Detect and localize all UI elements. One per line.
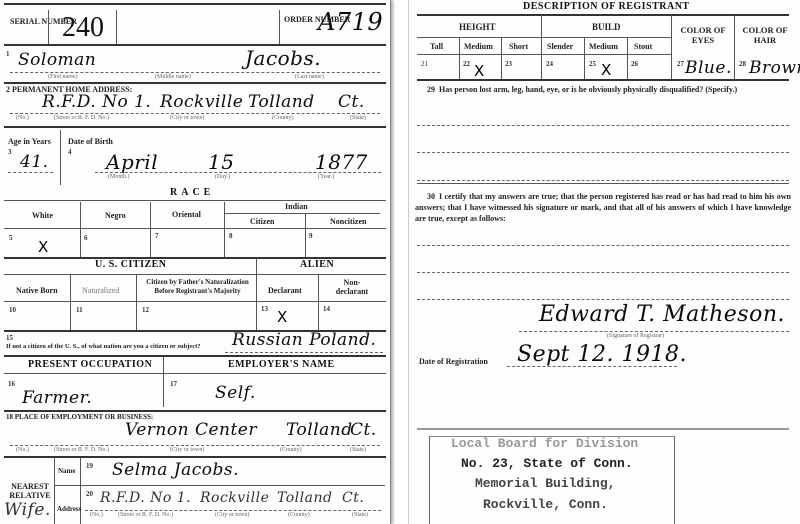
caption: (City or town) xyxy=(170,447,204,453)
alien-column-non-declarant: Non-declarant xyxy=(332,278,372,296)
field-number: 27 xyxy=(677,60,684,68)
stamp-line: No. 23, State of Conn. xyxy=(461,456,633,471)
field-number: 23 xyxy=(505,60,512,68)
employment-city-value: Vernon Center xyxy=(125,420,257,440)
registration-card-back: DESCRIPTION OF REGISTRANT HEIGHT Tall Me… xyxy=(408,0,800,524)
build-column-slender: Slender xyxy=(547,42,573,51)
divider xyxy=(459,38,460,79)
race-column-oriental: Oriental xyxy=(172,210,201,219)
divider xyxy=(4,456,386,458)
caption: (Year.) xyxy=(318,174,334,180)
dotted-line xyxy=(85,510,381,511)
divider xyxy=(584,38,585,79)
divider xyxy=(80,458,81,524)
alien-declarant-check-mark: X xyxy=(277,308,287,326)
divider xyxy=(163,357,164,407)
caption: (State) xyxy=(350,115,366,121)
relative-street-value: R.F.D. No 1. xyxy=(100,490,191,506)
serial-number-value: 240 xyxy=(62,12,104,44)
divider xyxy=(80,202,81,257)
relation-value: Wife. xyxy=(4,500,51,520)
field-number: 19 xyxy=(86,462,93,470)
height-column-tall: Tall xyxy=(430,42,443,51)
caption: (State) xyxy=(350,447,366,453)
field-number: 8 xyxy=(229,232,233,240)
build-label: BUILD xyxy=(592,22,621,32)
relative-address-label: Address xyxy=(57,505,81,513)
stamp-line: Local Board for Division xyxy=(451,436,638,451)
divider xyxy=(60,130,61,185)
relative-city-value: Rockville xyxy=(200,490,269,506)
height-column-medium: Medium xyxy=(464,42,493,51)
build-medium-check-mark: X xyxy=(601,61,611,79)
divider xyxy=(417,54,671,55)
field-number: 30 xyxy=(427,192,435,201)
build-column-medium: Medium xyxy=(589,42,618,51)
field-number: 3 xyxy=(8,148,12,156)
registration-card-front: SERIAL NUMBER 240 ORDER NUMBER A719 1 So… xyxy=(0,0,391,524)
divider xyxy=(318,275,319,330)
height-medium-check-mark: X xyxy=(474,62,484,80)
registration-date-value: Sept 12. 1918. xyxy=(517,342,687,367)
divider xyxy=(256,258,257,330)
height-column-short: Short xyxy=(509,42,528,51)
dotted-line xyxy=(225,352,383,353)
caption: (Middle name) xyxy=(155,74,191,80)
dotted-line xyxy=(417,125,789,126)
field-number: 10 xyxy=(9,306,16,314)
eye-color-label: COLOR OF EYES xyxy=(674,25,732,45)
birth-month-value: April xyxy=(106,150,158,174)
dotted-line xyxy=(10,113,380,114)
field-number: 12 xyxy=(142,306,149,314)
divider xyxy=(4,200,386,201)
employer-header: EMPLOYER'S NAME xyxy=(228,359,335,370)
field-number: 22 xyxy=(463,60,470,68)
hair-color-value: Brown. xyxy=(749,58,800,78)
certification-statement: 30I certify that my answers are true; th… xyxy=(415,191,791,224)
divider xyxy=(4,274,386,275)
caption: (Last name) xyxy=(295,74,324,80)
height-label: HEIGHT xyxy=(459,22,496,32)
field-number: 6 xyxy=(84,234,88,242)
dotted-line xyxy=(95,172,381,173)
field-number: 29 xyxy=(427,85,435,94)
divider xyxy=(150,202,151,257)
age-label: Age in Years xyxy=(8,137,51,146)
field-number: 15 xyxy=(6,334,13,342)
caption: (Day.) xyxy=(215,174,230,180)
field-number: 11 xyxy=(76,306,83,314)
dotted-line xyxy=(417,152,789,153)
caption: (No.) xyxy=(16,115,29,121)
race-white-check-mark: X xyxy=(38,238,48,256)
citizen-column-native-born: Native Born xyxy=(16,286,58,295)
relative-name-value: Selma Jacobs. xyxy=(112,460,239,480)
divider xyxy=(734,15,735,79)
relative-name-label: Name xyxy=(58,467,76,475)
divider xyxy=(70,275,71,330)
employer-value: Self. xyxy=(215,383,256,403)
field-number: 14 xyxy=(323,305,330,313)
caption: (First name) xyxy=(48,74,78,80)
caption: (County) xyxy=(280,447,302,453)
divider xyxy=(54,458,55,524)
field-number: 9 xyxy=(309,232,313,240)
dob-label: Date of Birth xyxy=(68,137,113,146)
field-number: 13 xyxy=(261,305,268,313)
caption: (Street or R. F. D. No.) xyxy=(54,115,109,121)
dotted-line xyxy=(8,172,53,173)
alien-title: ALIEN xyxy=(300,259,334,270)
disability-question-text: Has person lost arm, leg, hand, eye, or … xyxy=(439,85,737,94)
stamp-line: Rockville, Conn. xyxy=(483,497,608,512)
certification-text: I certify that my answers are true; that… xyxy=(415,192,791,223)
race-column-indian-citizen: Citizen xyxy=(250,217,274,226)
divider xyxy=(4,301,386,302)
divider xyxy=(417,37,671,38)
divider xyxy=(417,428,789,430)
caption: (City or town) xyxy=(170,115,204,121)
employment-county-value: Tolland xyxy=(286,420,353,440)
citizen-column-by-father: Citizen by Father's Naturalization Befor… xyxy=(140,278,255,296)
divider xyxy=(4,82,386,84)
field-number: 1 xyxy=(6,50,10,58)
us-citizen-title: U. S. CITIZEN xyxy=(95,259,167,270)
divider xyxy=(4,410,386,412)
caption: (State) xyxy=(352,512,368,518)
dotted-line xyxy=(10,72,380,73)
race-column-indian: Indian xyxy=(285,202,308,211)
dotted-line xyxy=(417,180,789,181)
caption: (City or town) xyxy=(215,512,249,518)
race-column-negro: Negro xyxy=(105,211,126,220)
home-city-value: Rockville xyxy=(160,92,243,112)
divider xyxy=(4,373,386,374)
stamp-line: Memorial Building, xyxy=(475,476,615,491)
race-column-indian-noncitizen: Noncitizen xyxy=(330,217,366,226)
dotted-line xyxy=(10,445,380,446)
field-number: 25 xyxy=(589,60,596,68)
field-number: 17 xyxy=(170,380,177,388)
race-column-white: White xyxy=(32,211,53,220)
hair-color-label: COLOR OF HAIR xyxy=(736,25,794,45)
employment-state-value: Ct. xyxy=(350,420,377,440)
divider xyxy=(116,10,117,44)
divider xyxy=(4,3,386,5)
divider xyxy=(305,214,306,257)
citizen-column-naturalized: Naturalized xyxy=(82,286,119,295)
field-number: 7 xyxy=(155,232,159,240)
caption: (No.) xyxy=(16,447,29,453)
relative-state-value: Ct. xyxy=(342,490,364,506)
home-state-value: Ct. xyxy=(338,92,365,112)
field-number: 4 xyxy=(68,148,72,156)
home-street-value: R.F.D. No 1. xyxy=(42,92,151,112)
relative-county-value: Tolland xyxy=(277,490,332,506)
home-county-value: Tolland xyxy=(248,92,315,112)
divider xyxy=(671,15,672,79)
field-number: 5 xyxy=(9,234,13,242)
order-number-value: A719 xyxy=(318,8,383,36)
divider xyxy=(48,10,49,44)
divider xyxy=(4,44,386,46)
eye-color-value: Blue. xyxy=(685,58,732,78)
age-value: 41. xyxy=(20,152,49,172)
divider xyxy=(4,228,386,229)
nearest-relative-label: NEAREST RELATIVE xyxy=(8,482,52,500)
divider xyxy=(417,183,789,184)
caption: (Street or R. F. D. No.) xyxy=(54,447,109,453)
divider xyxy=(417,79,789,81)
divider xyxy=(541,15,542,79)
divider xyxy=(224,202,225,257)
caption: (County) xyxy=(288,512,310,518)
birth-day-value: 15 xyxy=(208,150,234,174)
dotted-line xyxy=(519,331,789,332)
field-number: 28 xyxy=(739,60,746,68)
description-title: DESCRIPTION OF REGISTRANT xyxy=(523,1,690,12)
divider xyxy=(501,38,502,79)
field-number: 24 xyxy=(546,60,553,68)
caption: (No.) xyxy=(90,512,103,518)
divider xyxy=(55,485,385,486)
dotted-line xyxy=(417,272,789,273)
nationality-value: Russian Poland. xyxy=(232,330,376,350)
dotted-line xyxy=(507,366,677,367)
occupation-header: PRESENT OCCUPATION xyxy=(28,359,152,370)
field-number: 26 xyxy=(631,60,638,68)
occupation-value: Farmer. xyxy=(22,388,92,408)
dotted-line xyxy=(417,299,789,300)
registrar-signature: Edward T. Matheson. xyxy=(539,302,785,327)
build-column-stout: Stout xyxy=(634,42,652,51)
first-name-value: Soloman xyxy=(18,50,96,70)
race-title: RACE xyxy=(170,187,214,198)
alien-column-declarant: Declarant xyxy=(268,286,302,295)
field-number: 16 xyxy=(8,380,15,388)
nationality-question: If not a citizen of the U. S., of what n… xyxy=(6,343,201,350)
divider xyxy=(225,213,380,214)
caption: (Month.) xyxy=(108,174,130,180)
divider xyxy=(627,38,628,79)
caption: (County) xyxy=(272,115,294,121)
divider xyxy=(4,355,386,357)
registration-date-label: Date of Registration xyxy=(419,357,488,366)
disability-question: 29Has person lost arm, leg, hand, eye, o… xyxy=(419,84,791,95)
signature-caption: (Signature of Registrar) xyxy=(607,333,664,339)
divider xyxy=(136,275,137,330)
last-name-value: Jacobs. xyxy=(245,46,321,70)
dotted-line xyxy=(417,245,789,246)
divider xyxy=(279,10,280,44)
order-number-label: ORDER NUMBER xyxy=(284,15,320,24)
serial-number-label: SERIAL NUMBER xyxy=(10,17,46,26)
caption: (Street or R. F. D. No.) xyxy=(118,512,173,518)
divider xyxy=(4,126,386,128)
field-number: 20 xyxy=(86,490,93,498)
birth-year-value: 1877 xyxy=(315,150,368,174)
field-number: 21 xyxy=(421,60,428,68)
